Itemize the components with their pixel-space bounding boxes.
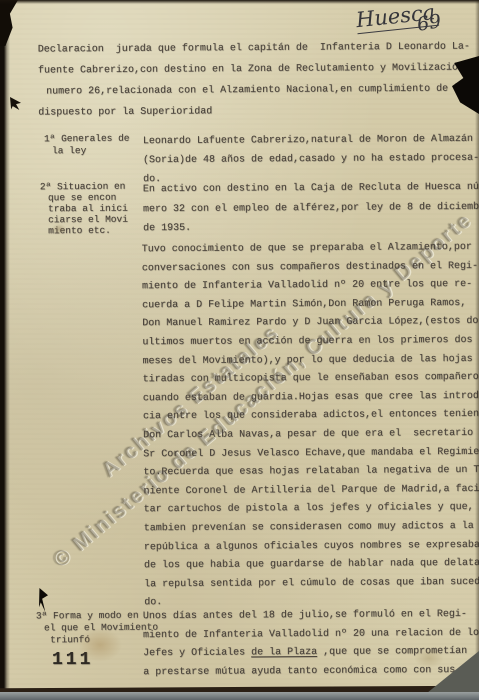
typed-line: meses del Movimiento),y por lo que deduc… bbox=[142, 350, 479, 371]
typed-line: Sr Coronel D Jesus Velasco Echave,que ma… bbox=[143, 443, 479, 464]
typed-line: ultimos muertos en acción de guerra en l… bbox=[142, 332, 479, 353]
section-2-continuation-paragraph: Tuvo conocimiento de que se preparaba el… bbox=[142, 239, 479, 613]
underlined-phrase: de la Plaza bbox=[251, 647, 317, 658]
typed-fragment: ,que que se comprometían bbox=[317, 646, 467, 658]
typed-line: 3ª Forma y modo en bbox=[36, 610, 158, 623]
typed-line: Leonardo Lafuente Cabrerizo,natural de M… bbox=[143, 130, 479, 151]
document-left-edge bbox=[0, 0, 10, 700]
typed-line: de 1935. bbox=[143, 217, 479, 239]
paper-stain bbox=[52, 224, 66, 234]
typed-line: traba al inici bbox=[48, 203, 128, 215]
typed-line: miento de Infanteria Valladolid nº 20 en… bbox=[142, 276, 479, 297]
typed-line: de los que habia que guardarse de hablar… bbox=[144, 555, 479, 576]
section-3-body: Unos días antes del 18 de julio,se formu… bbox=[143, 606, 479, 682]
typed-line: la ley bbox=[52, 144, 130, 156]
typed-line: Tuvo conocimiento de que se preparaba el… bbox=[142, 239, 479, 260]
typed-line: dispuesto por la Superioridad bbox=[38, 99, 478, 123]
paper-stain bbox=[78, 628, 122, 662]
scanner-background-strip bbox=[0, 692, 479, 700]
typed-line: Don Carlos Alba Navas,a pesar de que era… bbox=[143, 425, 479, 446]
typed-line: república a algunos oficiales cuyos nomb… bbox=[144, 536, 479, 557]
typed-line: cuerda a D Felipe Martin Simón,Don Ramon… bbox=[142, 295, 479, 316]
section-2-body: En activo con destino en la Caja de Recl… bbox=[143, 178, 479, 239]
typed-line: Don Manuel Ramirez Pardo y D Juan Garcia… bbox=[142, 313, 479, 334]
paper-stain bbox=[414, 648, 444, 668]
typed-line: conversaciones con sus compañeros destin… bbox=[142, 257, 479, 278]
typed-line: En activo con destino en la Caja de Recl… bbox=[143, 178, 479, 200]
typed-line: la repulsa sentida por el cúmulo de cosa… bbox=[144, 573, 479, 594]
typed-line: Unos días antes del 18 de julio,se formu… bbox=[143, 606, 479, 627]
typed-line: to.Recuerda que esas hojas relataban la … bbox=[143, 462, 479, 483]
handwritten-page-number: 69 bbox=[415, 10, 442, 36]
typed-line: 2ª Situacion en bbox=[40, 181, 128, 193]
typed-line: miento de Infanteria Valladolid nº 20 un… bbox=[143, 624, 479, 645]
typed-line: 1ª Generales de bbox=[44, 133, 130, 145]
typed-line: cia entre los que consideraba adictos,el… bbox=[143, 406, 479, 427]
typed-line: tiradas con multicopista que le enseñaba… bbox=[143, 369, 479, 390]
typed-line: tar cartuchos de pistola a los jefes y o… bbox=[144, 499, 479, 520]
typed-line: (Soria)de 48 años de edad,casado y no ha… bbox=[143, 149, 479, 170]
typed-line: que se encon bbox=[48, 192, 128, 204]
typed-fragment: Jefes y Oficiales bbox=[143, 647, 251, 659]
typed-line: niente Coronel de Artilleria del Parque … bbox=[143, 480, 479, 501]
typed-line: mero 32 con el empleo de alférez,por ley… bbox=[143, 197, 479, 219]
typed-line: tambien prevenían se considerasen como m… bbox=[144, 518, 479, 539]
scanned-document-page: Archivos Estatales © Ministerio de Educa… bbox=[0, 0, 479, 700]
ink-mark bbox=[10, 97, 21, 110]
typed-line: numero 26,relacionada con el Alzamiento … bbox=[46, 78, 478, 102]
document-top-edge bbox=[0, 0, 479, 4]
typed-line: cuando estaban de guardia.Hojas esas que… bbox=[143, 388, 479, 409]
document-title-paragraph: Declaracion jurada que formula el capitá… bbox=[38, 36, 479, 123]
margin-label-section-1: 1ª Generales de la ley bbox=[44, 133, 130, 157]
ink-mark bbox=[39, 588, 48, 612]
